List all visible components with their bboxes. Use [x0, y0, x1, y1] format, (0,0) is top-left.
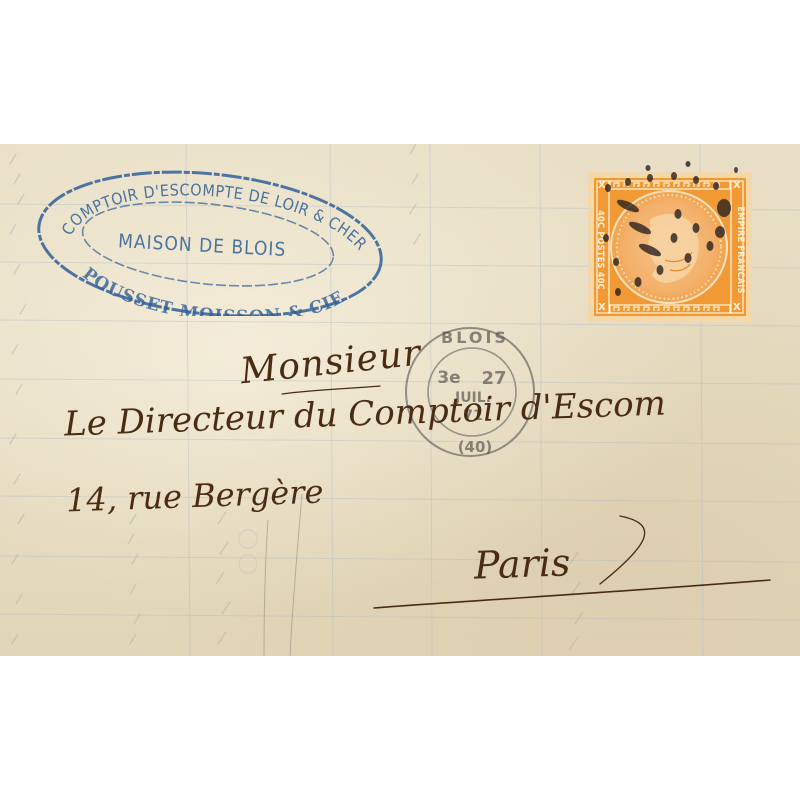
letter-sheet: COMPTOIR D'ESCOMPTE DE LOIR & CHER POUSS… — [0, 144, 800, 656]
postmark-town: BLOIS — [440, 328, 510, 347]
address-line-city: Paris — [473, 540, 571, 587]
company-cachet: COMPTOIR D'ESCOMPTE DE LOIR & CHER POUSS… — [30, 166, 390, 316]
postmark-collection: 3e — [434, 368, 464, 388]
stamp-cancellation — [578, 144, 768, 332]
postmark-department: (40) — [445, 438, 505, 456]
svg-text:POUSSET MOISSON & CIE: POUSSET MOISSON & CIE — [75, 260, 350, 316]
postmark-day: 27 — [476, 368, 512, 389]
postage-stamp: 40C POSTES 40C EMPIRE FRANCAIS X X X X — [588, 172, 752, 322]
cachet-bottom-text: POUSSET MOISSON & CIE — [75, 260, 350, 316]
